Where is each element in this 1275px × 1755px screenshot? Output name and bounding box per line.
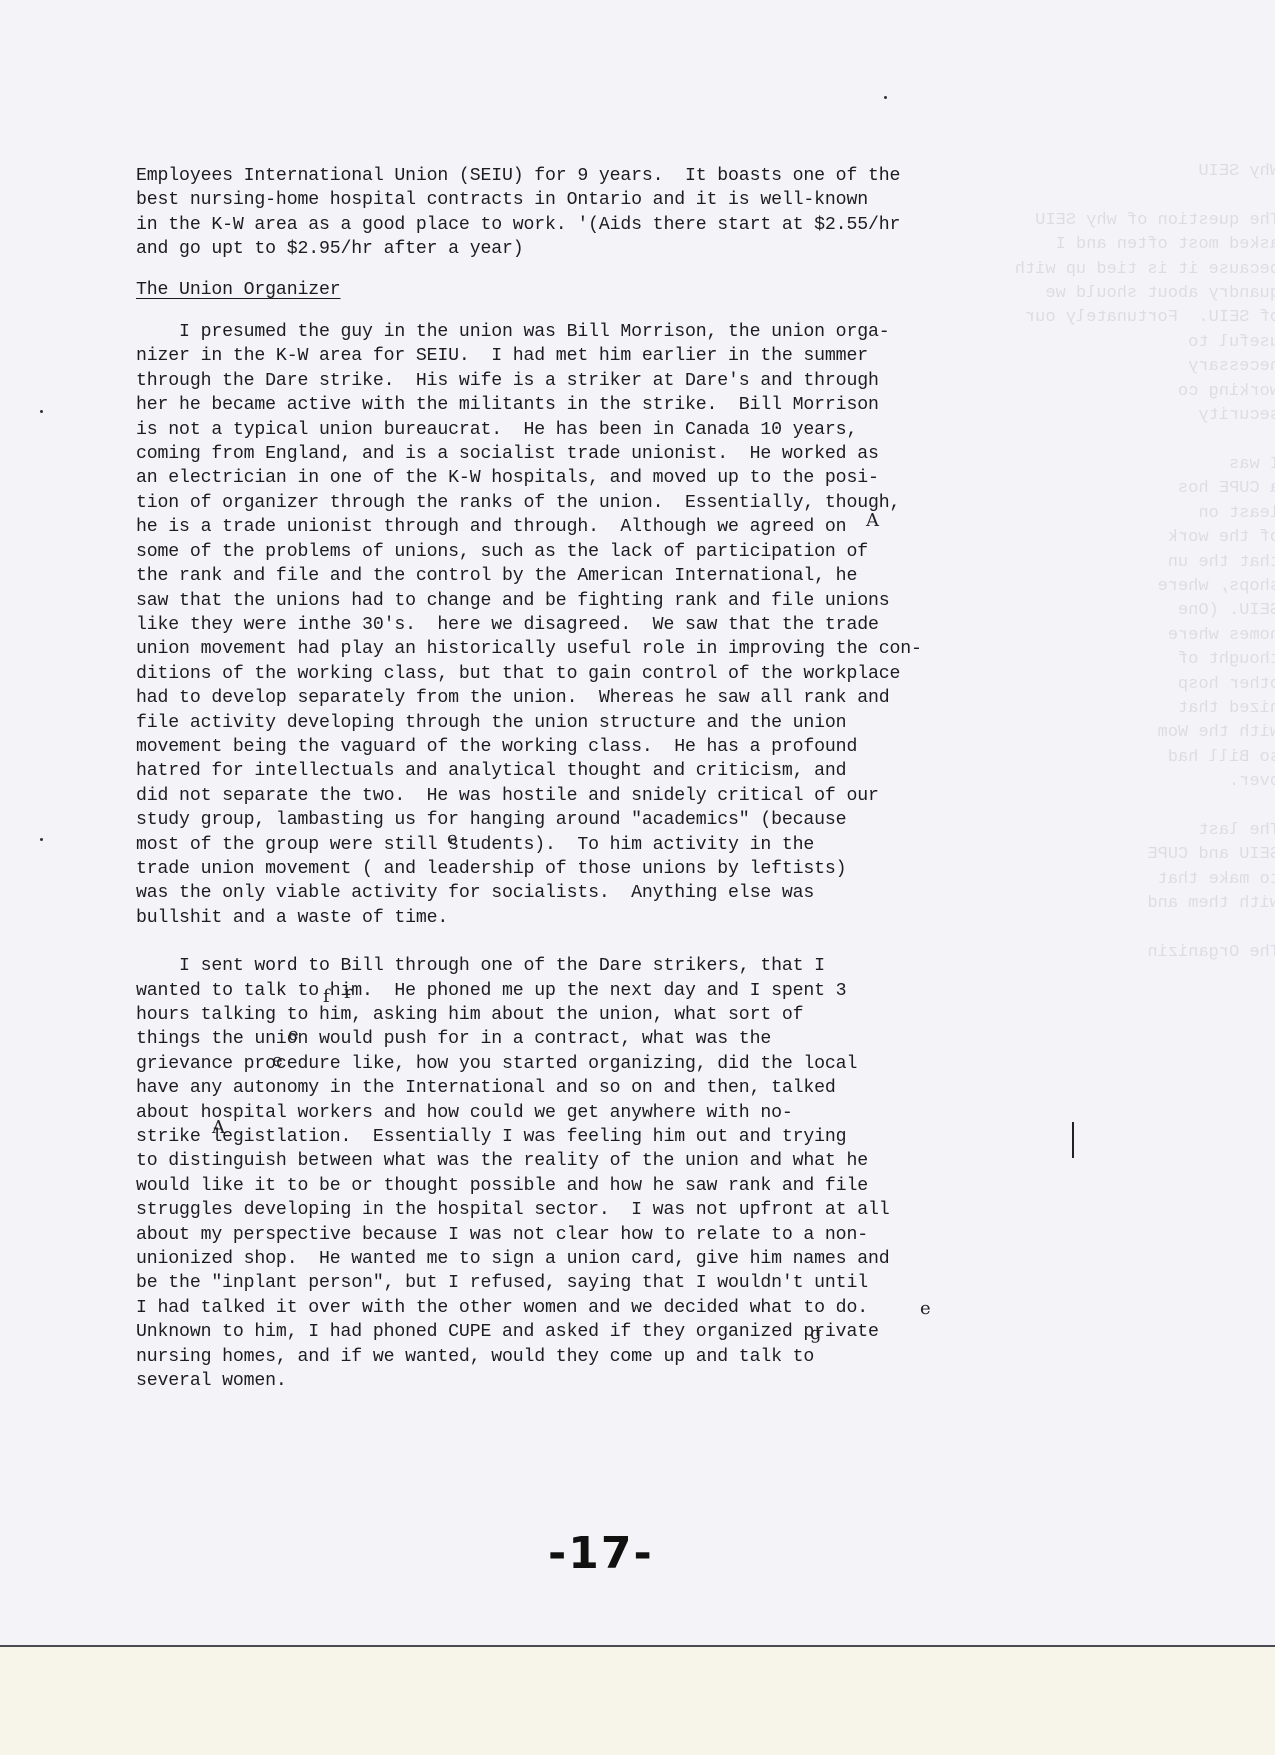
- text-line: Unknown to him, I had phoned CUPE and as…: [136, 1320, 1036, 1344]
- text-line: about my perspective because I was not c…: [136, 1223, 1036, 1247]
- section-heading: The Union Organizer: [136, 278, 1036, 302]
- handwritten-correction-mark: f: [323, 986, 330, 1007]
- text-line: best nursing-home hospital contracts in …: [136, 188, 1036, 212]
- handwritten-correction-mark: r: [344, 982, 353, 1003]
- text-line: in the K-W area as a good place to work.…: [136, 213, 1036, 237]
- underlying-sheet: [0, 1645, 1275, 1755]
- text-line: an electrician in one of the K-W hospita…: [136, 466, 1036, 490]
- text-line: is not a typical union bureaucrat. He ha…: [136, 418, 1036, 442]
- margin-bar-mark: [1072, 1122, 1074, 1158]
- text-line: nizer in the K-W area for SEIU. I had me…: [136, 344, 1036, 368]
- text-line: union movement had play an historically …: [136, 637, 1036, 661]
- text-line: some of the problems of unions, such as …: [136, 540, 1036, 564]
- text-line: tion of organizer through the ranks of t…: [136, 491, 1036, 515]
- intro-paragraph: Employees International Union (SEIU) for…: [136, 164, 1036, 262]
- text-line: had to develop separately from the union…: [136, 686, 1036, 710]
- document-page: Why SEIU The question of why SEIU asked …: [0, 0, 1275, 1645]
- text-line: I sent word to Bill through one of the D…: [136, 954, 1036, 978]
- text-line: have any autonomy in the International a…: [136, 1076, 1036, 1100]
- bleed-through-text: Why SEIU The question of why SEIU asked …: [1040, 160, 1275, 965]
- text-line: trade union movement ( and leadership of…: [136, 857, 1036, 881]
- typed-text-body: Employees International Union (SEIU) for…: [136, 164, 1036, 1394]
- text-line: through the Dare strike. His wife is a s…: [136, 369, 1036, 393]
- handwritten-correction-mark: g: [810, 1323, 822, 1344]
- text-line: unionized shop. He wanted me to sign a u…: [136, 1247, 1036, 1271]
- text-line: the rank and file and the control by the…: [136, 564, 1036, 588]
- speck: [40, 838, 43, 841]
- text-line: be the "inplant person", but I refused, …: [136, 1271, 1036, 1295]
- text-line: I presumed the guy in the union was Bill…: [136, 320, 1036, 344]
- text-line: would like it to be or thought possible …: [136, 1174, 1036, 1198]
- text-line: struggles developing in the hospital sec…: [136, 1198, 1036, 1222]
- handwritten-correction-mark: A: [866, 510, 879, 531]
- text-line: most of the group were still students). …: [136, 833, 1036, 857]
- text-line: study group, lambasting us for hanging a…: [136, 808, 1036, 832]
- text-line: strike legistlation. Essentially I was f…: [136, 1125, 1036, 1149]
- handwritten-correction-mark: e: [272, 1050, 283, 1071]
- text-line: grievance procedure like, how you starte…: [136, 1052, 1036, 1076]
- handwritten-correction-mark: e: [288, 1024, 299, 1045]
- paragraph-union-organizer: I presumed the guy in the union was Bill…: [136, 320, 1036, 930]
- text-line: nursing homes, and if we wanted, would t…: [136, 1345, 1036, 1369]
- handwritten-correction-mark: e: [447, 828, 458, 849]
- text-line: movement being the vaguard of the workin…: [136, 735, 1036, 759]
- speck: [40, 410, 43, 413]
- text-line: hatred for intellectuals and analytical …: [136, 759, 1036, 783]
- text-line: bullshit and a waste of time.: [136, 906, 1036, 930]
- text-line: hours talking to him, asking him about t…: [136, 1003, 1036, 1027]
- text-line: several women.: [136, 1369, 1036, 1393]
- text-line: about hospital workers and how could we …: [136, 1101, 1036, 1125]
- text-line: like they were inthe 30's. here we disag…: [136, 613, 1036, 637]
- text-line: Employees International Union (SEIU) for…: [136, 164, 1036, 188]
- speck: [884, 96, 887, 99]
- text-line: did not separate the two. He was hostile…: [136, 784, 1036, 808]
- handwritten-correction-mark: A: [212, 1117, 225, 1138]
- text-line: file activity developing through the uni…: [136, 711, 1036, 735]
- text-line: her he became active with the militants …: [136, 393, 1036, 417]
- text-line: things the union would push for in a con…: [136, 1027, 1036, 1051]
- paragraph-spacer: [136, 930, 1036, 954]
- page-number: -17-: [548, 1528, 654, 1579]
- text-line: was the only viable activity for sociali…: [136, 881, 1036, 905]
- text-line: I had talked it over with the other wome…: [136, 1296, 1036, 1320]
- text-line: to distinguish between what was the real…: [136, 1149, 1036, 1173]
- text-line: coming from England, and is a socialist …: [136, 442, 1036, 466]
- handwritten-correction-mark: e: [920, 1298, 931, 1319]
- text-line: he is a trade unionist through and throu…: [136, 515, 1036, 539]
- text-line: saw that the unions had to change and be…: [136, 589, 1036, 613]
- text-line: and go upt to $2.95/hr after a year): [136, 237, 1036, 261]
- paragraph-contact-bill: I sent word to Bill through one of the D…: [136, 954, 1036, 1393]
- text-line: ditions of the working class, but that t…: [136, 662, 1036, 686]
- text-line: wanted to talk to him. He phoned me up t…: [136, 979, 1036, 1003]
